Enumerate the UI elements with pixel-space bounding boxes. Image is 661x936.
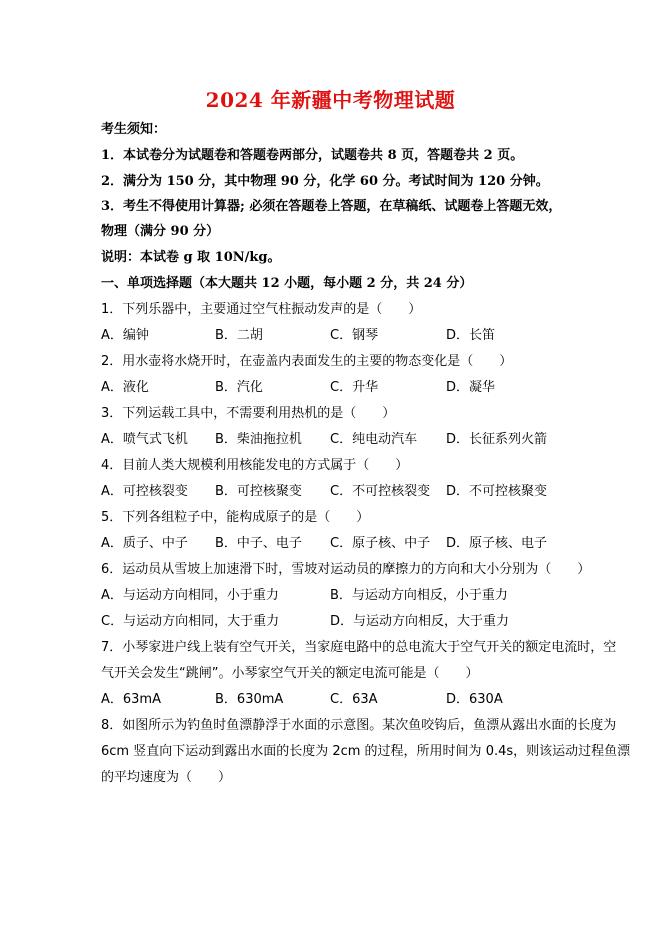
note-text: 说明：本试卷 g 取 10N/kg。 [101,245,571,271]
notice-heading: 考生须知： [101,117,571,143]
question-1-options: A．编钟 B．二胡 C．钢琴 D．长笛 [101,323,571,349]
question-8-stem-line3: 的平均速度为（ ） [101,765,571,791]
question-5-options: A．质子、中子 B．中子、电子 C．原子核、中子 D．原子核、电子 [101,531,571,557]
question-3-stem: 3．下列运载工具中，不需要利用热机的是（ ） [101,401,571,427]
option-b: B．可控核聚变 [215,479,302,505]
question-8-stem-line1: 8．如图所示为钓鱼时鱼漂静浮于水面的示意图。某次鱼咬钩后，鱼漂从露出水面的长度为 [101,713,571,739]
option-a: A．可控核裂变 [101,479,188,505]
question-6-stem: 6．运动员从雪坡上加速滑下时，雪坡对运动员的摩擦力的方向和大小分别为（ ） [101,557,571,583]
option-b: B．与运动方向相反，小于重力 [330,583,508,609]
option-a: A．与运动方向相同，小于重力 [101,583,279,609]
option-c: C．纯电动汽车 [330,427,417,453]
option-a: A．喷气式飞机 [101,427,188,453]
option-d: D．长征系列火箭 [446,427,547,453]
document-page: 2024 年新疆中考物理试题 考生须知： 1．本试卷分为试题卷和答题卷两部分，试… [0,0,661,936]
option-c: C．钢琴 [330,323,378,349]
option-b: B．汽化 [215,375,263,401]
question-1-stem: 1．下列乐器中，主要通过空气柱振动发声的是（ ） [101,297,571,323]
question-4-stem: 4．目前人类大规模利用核能发电的方式属于（ ） [101,453,571,479]
option-a: A．编钟 [101,323,149,349]
question-7-options: A．63mA B．630mA C．63A D．630A [101,687,571,713]
option-d: D．原子核、电子 [446,531,547,557]
question-8-stem-line2: 6cm 竖直向下运动到露出水面的长度为 2cm 的过程，所用时间为 0.4s，则… [101,739,571,765]
question-7-stem-line2: 气开关会发生“跳闸”。小琴家空气开关的额定电流可能是（ ） [101,661,571,687]
option-d: D．不可控核聚变 [446,479,547,505]
option-a: A．质子、中子 [101,531,188,557]
option-a: A．液化 [101,375,149,401]
option-c: C．不可控核裂变 [330,479,430,505]
question-6-options-row1: A．与运动方向相同，小于重力 B．与运动方向相反，小于重力 [101,583,571,609]
option-c: C．63A [330,687,378,713]
option-b: B．柴油拖拉机 [215,427,302,453]
question-4-options: A．可控核裂变 B．可控核聚变 C．不可控核裂变 D．不可控核聚变 [101,479,571,505]
page-title: 2024 年新疆中考物理试题 [0,86,661,114]
option-a: A．63mA [101,687,161,713]
option-d: D．长笛 [446,323,495,349]
notice-item-2: 2．满分为 150 分，其中物理 90 分，化学 60 分。考试时间为 120 … [101,169,571,195]
option-c: C．升华 [330,375,378,401]
question-6-options-row2: C．与运动方向相同，大于重力 D．与运动方向相反，大于重力 [101,609,571,635]
option-b: B．630mA [215,687,283,713]
notice-item-1: 1．本试卷分为试题卷和答题卷两部分，试题卷共 8 页，答题卷共 2 页。 [101,143,571,169]
option-b: B．中子、电子 [215,531,302,557]
option-c: C．原子核、中子 [330,531,430,557]
question-3-options: A．喷气式飞机 B．柴油拖拉机 C．纯电动汽车 D．长征系列火箭 [101,427,571,453]
subject-heading: 物理（满分 90 分） [101,219,571,245]
question-7-stem-line1: 7．小琴家进户线上装有空气开关，当家庭电路中的总电流大于空气开关的额定电流时，空 [101,635,571,661]
option-b: B．二胡 [215,323,263,349]
question-2-options: A．液化 B．汽化 C．升华 D．凝华 [101,375,571,401]
option-d: D．630A [446,687,503,713]
option-d: D．与运动方向相反，大于重力 [330,609,509,635]
question-5-stem: 5．下列各组粒子中，能构成原子的是（ ） [101,505,571,531]
option-d: D．凝华 [446,375,495,401]
section-heading: 一、单项选择题（本大题共 12 小题，每小题 2 分，共 24 分） [101,271,571,297]
option-c: C．与运动方向相同，大于重力 [101,609,279,635]
notice-item-3: 3．考生不得使用计算器; 必须在答题卷上答题，在草稿纸、试题卷上答题无效， [101,194,571,220]
question-2-stem: 2．用水壶将水烧开时，在壶盖内表面发生的主要的物态变化是（ ） [101,349,571,375]
